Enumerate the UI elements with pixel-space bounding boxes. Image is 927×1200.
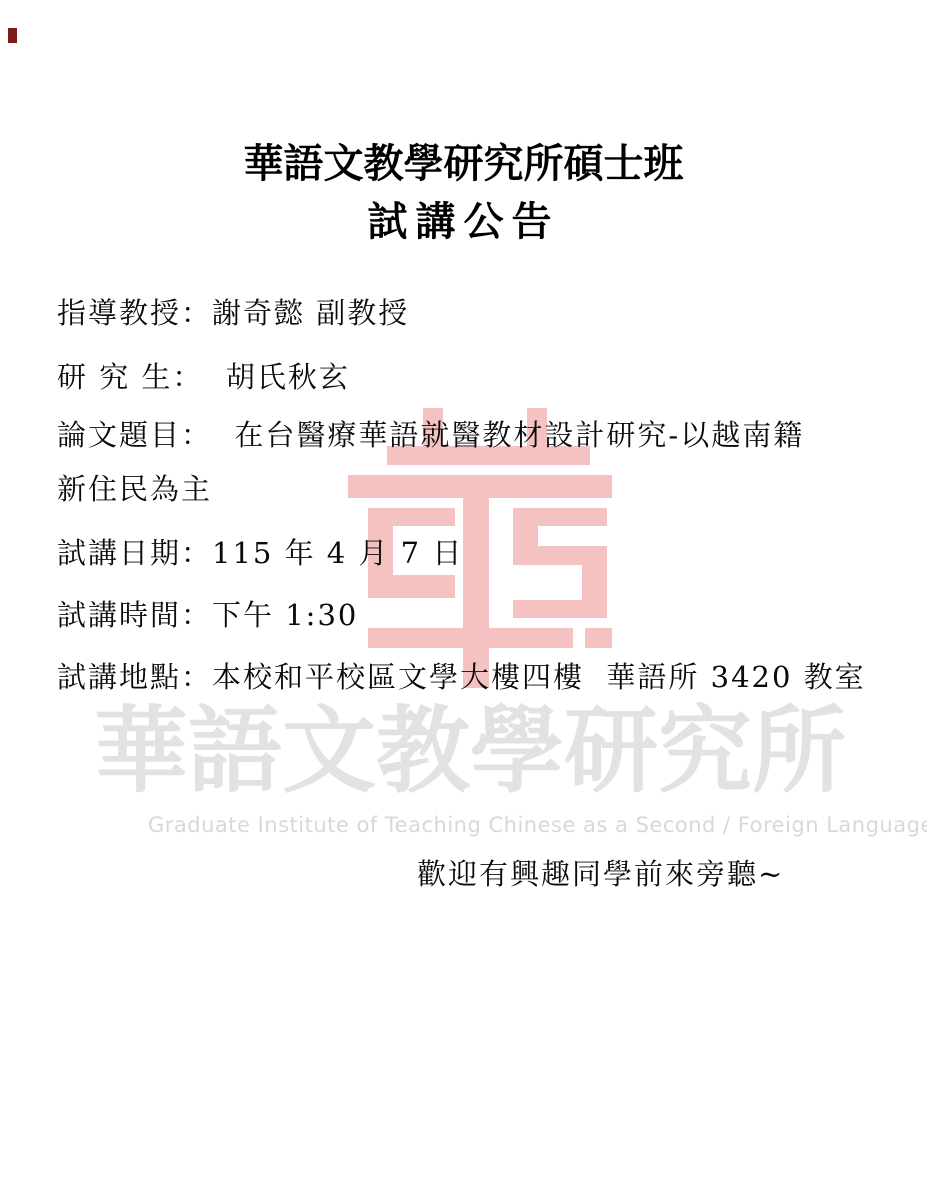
announcement-document: 華語文教學研究所 Graduate Institute of Teaching …	[0, 0, 927, 1200]
institute-watermark-english: Graduate Institute of Teaching Chinese a…	[148, 813, 927, 837]
advisor-line: 指導教授：謝奇懿 副教授	[57, 296, 409, 331]
title-line-2: 試講公告	[0, 190, 927, 247]
time-line: 試講時間：下午 1:30	[57, 598, 358, 633]
thesis-title-wrap-line: 新住民為主	[57, 472, 212, 507]
corner-mark	[8, 28, 17, 43]
date-line: 試講日期：115 年 4 月 7 日	[57, 536, 463, 571]
location-line: 試講地點：本校和平校區文學大樓四樓 華語所 3420 教室	[57, 660, 866, 695]
institute-watermark-chinese: 華語文教學研究所	[94, 700, 846, 803]
thesis-title-line: 論文題目： 在台醫療華語就醫教材設計研究-以越南籍	[57, 418, 804, 453]
student-line: 研 究 生： 胡氏秋玄	[57, 360, 350, 395]
title-line-1: 華語文教學研究所碩士班	[0, 132, 927, 189]
institute-watermark-subtitle: Graduate Institute of Teaching Chinese a…	[148, 813, 927, 837]
closing-line: 歡迎有興趣同學前來旁聽~	[417, 852, 784, 893]
